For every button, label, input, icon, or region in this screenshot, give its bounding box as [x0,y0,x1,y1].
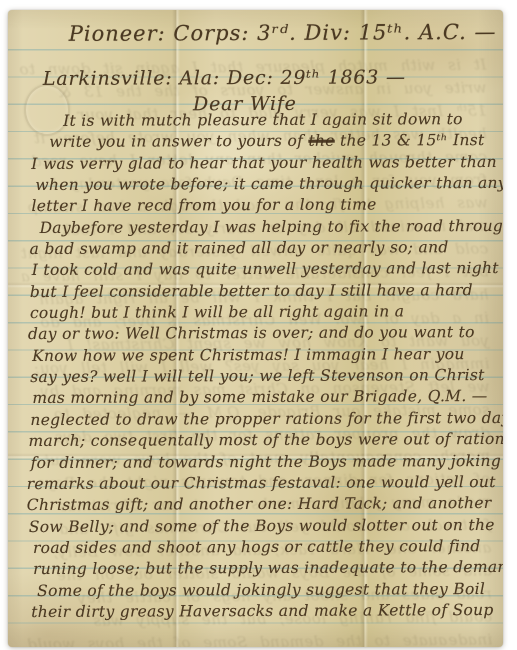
letter-line: Christmas gift; and another one: Hard Ta… [19,494,500,517]
place-dateline: Larkinsville: Ala: Dec: 29ᵗʰ 1863 — [43,66,406,90]
unit-heading: Pioneer: Corps: 3ʳᵈ. Div: 15ᵗʰ. A.C. — [69,20,486,46]
letter-line: march; consequentally most of the boys w… [18,430,499,453]
letter-photograph: It is with mutch pleasure that I again s… [0,0,517,650]
letter-line: but I feel considerable better to day I … [18,281,499,304]
letter-line: say yes? well I will tell you; we left S… [18,366,499,389]
letter-line: Daybefore yesterday I was helping to fix… [18,217,499,240]
letter-line: mas morning and by some mistake our Brig… [18,387,499,410]
letter-line: road sides and shoot any hogs or cattle … [19,537,500,560]
letter-line: their dirty greasy Haversacks and make a… [19,601,500,624]
crossed-out-word: the [308,132,334,150]
letter-line: write you in answer to yours of the the … [17,131,498,154]
letter-line: a bad swamp and it rained all day or nea… [18,238,499,261]
letter-content: Pioneer: Corps: 3ʳᵈ. Div: 15ᵗʰ. A.C. — L… [8,10,503,647]
letter-line: cough! but I think I will be all right a… [18,302,499,325]
letter-line: remarks about our Christmas festaval: on… [19,473,500,496]
letter-line: letter I have recd from you for a long t… [17,195,498,218]
letter-line: I took cold and was quite unwell yesterd… [18,259,499,282]
letter-paper: It is with mutch pleasure that I again s… [8,10,503,647]
letter-line: Know how we spent Christmas! I immagin I… [18,345,499,368]
letter-line: neglected to draw the propper rations fo… [18,409,499,432]
letter-line: Some of the boys would jokingly suggest … [19,579,500,602]
letter-line: when you wrote before; it came through q… [17,174,498,197]
letter-line: for dinner; and towards night the Boys m… [19,451,500,474]
letter-body: It is with mutch pleasure that I again s… [17,110,500,624]
letter-line: Sow Belly; and some of the Boys would sl… [19,515,500,538]
letter-line: It is with mutch pleasure that I again s… [17,110,498,133]
letter-line: runing loose; but the supply was inadequ… [19,558,500,581]
letter-line: day or two: Well Christmas is over; and … [18,323,499,346]
letter-line: I was verry glad to hear that your healt… [17,153,498,176]
